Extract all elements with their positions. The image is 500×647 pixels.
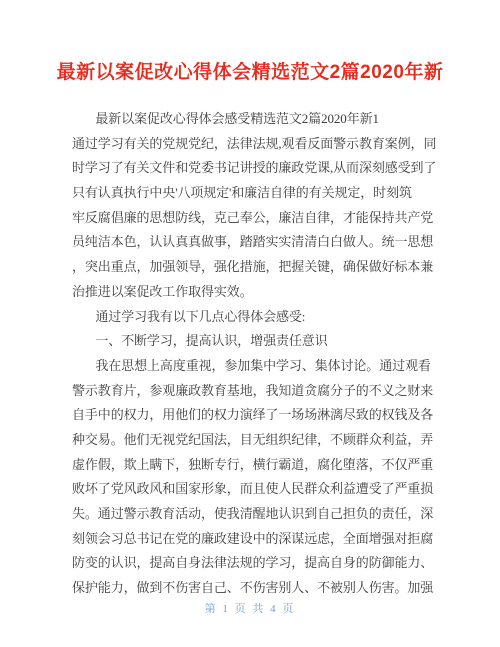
document-body: 最新以案促改心得体会感受精选范文2篇2020年新1 通过学习有关的党规党纪，法律…	[72, 107, 434, 601]
body-line: 刻领会习总书记在党的廉政建设中的深谋远虑，全面增强对拒腐	[72, 527, 434, 552]
document-page: 最新以案促改心得体会精选范文2篇2020年新 最新以案促改心得体会感受精选范文2…	[0, 0, 500, 647]
page-number: 第 1 页 共 4 页	[205, 603, 296, 615]
body-line: 保护能力，做到不伤害自己、不伤害别人、不被别人伤害。加强	[72, 576, 434, 601]
subtitle-line: 最新以案促改心得体会感受精选范文2篇2020年新1	[72, 107, 434, 132]
body-line: 治推进以案促改工作取得实效。	[72, 280, 434, 305]
body-line: 警示教育片，参观廉政教育基地，我知道贪腐分子的不义之财来	[72, 379, 434, 404]
body-line: 时学习了有关文件和党委书记讲授的廉政党课,从而深刻感受到了	[72, 156, 434, 181]
body-line: 通过学习有关的党规党纪，法律法规,观看反面警示教育案例，同	[72, 132, 434, 157]
section-heading-line: 一、不断学习，提高认识，增强责任意识	[72, 329, 434, 354]
body-line: 只有认真执行中央'八项规定'和廉洁自律的有关规定，时刻筑	[72, 181, 434, 206]
body-line: 通过学习我有以下几点心得体会感受:	[72, 305, 434, 330]
body-line: 我在思想上高度重视，参加集中学习、集体讨论。通过观看	[72, 354, 434, 379]
body-line: 牢反腐倡廉的思想防线，克己奉公，廉洁自律，才能保持共产党	[72, 206, 434, 231]
body-line: 失。通过警示教育活动，使我清醒地认识到自己担负的责任，深	[72, 502, 434, 527]
body-line: 败坏了党风政风和国家形象，而且使人民群众利益遭受了严重损	[72, 477, 434, 502]
page-footer: 第 1 页 共 4 页	[0, 600, 500, 616]
body-line: 防变的认识，提高自身法律法规的学习，提高自身的防御能力、	[72, 551, 434, 576]
body-line: ，突出重点，加强领导，强化措施，把握关键，确保做好标本兼	[72, 255, 434, 280]
body-line: 虚作假，欺上瞒下，独断专行，横行霸道，腐化堕落，不仅严重	[72, 453, 434, 478]
body-line: 员纯洁本色，认认真真做事，踏踏实实清清白白做人。统一思想	[72, 230, 434, 255]
document-title: 最新以案促改心得体会精选范文2篇2020年新	[0, 57, 500, 84]
body-line: 自手中的权力，用他们的权力演绎了一场场淋漓尽致的权钱及各	[72, 403, 434, 428]
body-line: 种交易。他们无视党纪国法，目无组织纪律，不顾群众利益，弄	[72, 428, 434, 453]
